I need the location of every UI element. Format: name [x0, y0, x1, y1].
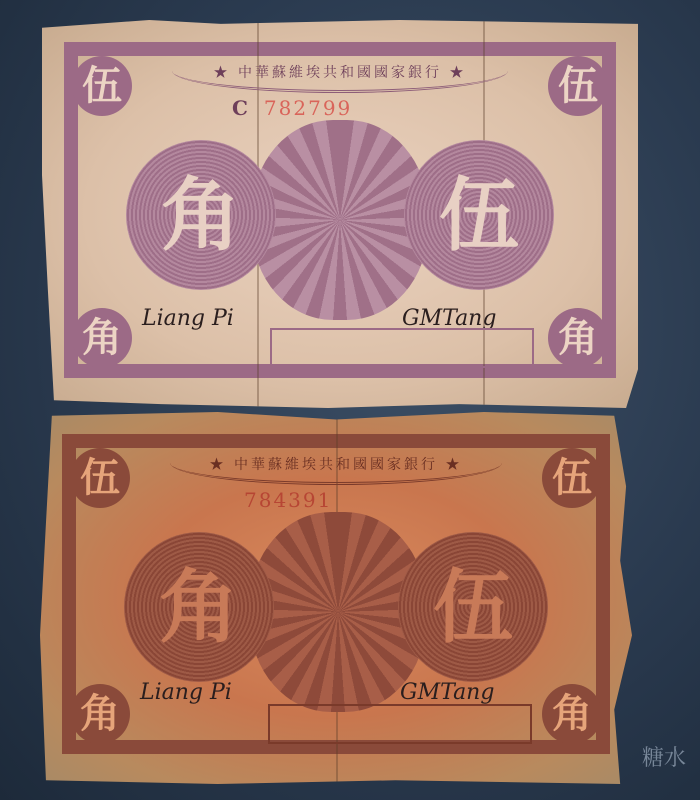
medallion-right: 伍 — [404, 140, 554, 290]
signature-left: Liang Pi — [140, 680, 232, 705]
serial-number: 782799 — [264, 96, 352, 120]
serial: 784391 — [230, 488, 332, 512]
legend-plate — [268, 704, 532, 744]
serial-prefix: C — [232, 96, 250, 120]
corner-denomination: 角 — [542, 684, 602, 744]
signature-right: GMTang — [400, 680, 494, 705]
serial-number: 784391 — [244, 488, 332, 512]
corner-denomination: 角 — [548, 308, 608, 368]
banknote-top: ★ 中華蘇維埃共和國國家銀行 ★ 伍 伍 角 角 C782799 角 伍 Lia… — [42, 20, 638, 408]
medallion-left: 角 — [126, 140, 276, 290]
corner-denomination: 伍 — [548, 56, 608, 116]
banknote-bottom: ★ 中華蘇維埃共和國國家銀行 ★ 伍 伍 角 角 784391 角 伍 Lian… — [40, 412, 632, 784]
corner-denomination: 伍 — [70, 448, 130, 508]
serial: C782799 — [232, 96, 352, 120]
corner-denomination: 伍 — [542, 448, 602, 508]
medallion-right: 伍 — [398, 532, 548, 682]
center-rosette — [252, 120, 428, 320]
corner-denomination: 伍 — [72, 56, 132, 116]
corner-denomination: 角 — [72, 308, 132, 368]
watermark: 糖水 — [642, 741, 686, 772]
corner-denomination: 角 — [70, 684, 130, 744]
signature-left: Liang Pi — [142, 306, 234, 331]
medallion-left: 角 — [124, 532, 274, 682]
legend-plate — [270, 328, 534, 368]
